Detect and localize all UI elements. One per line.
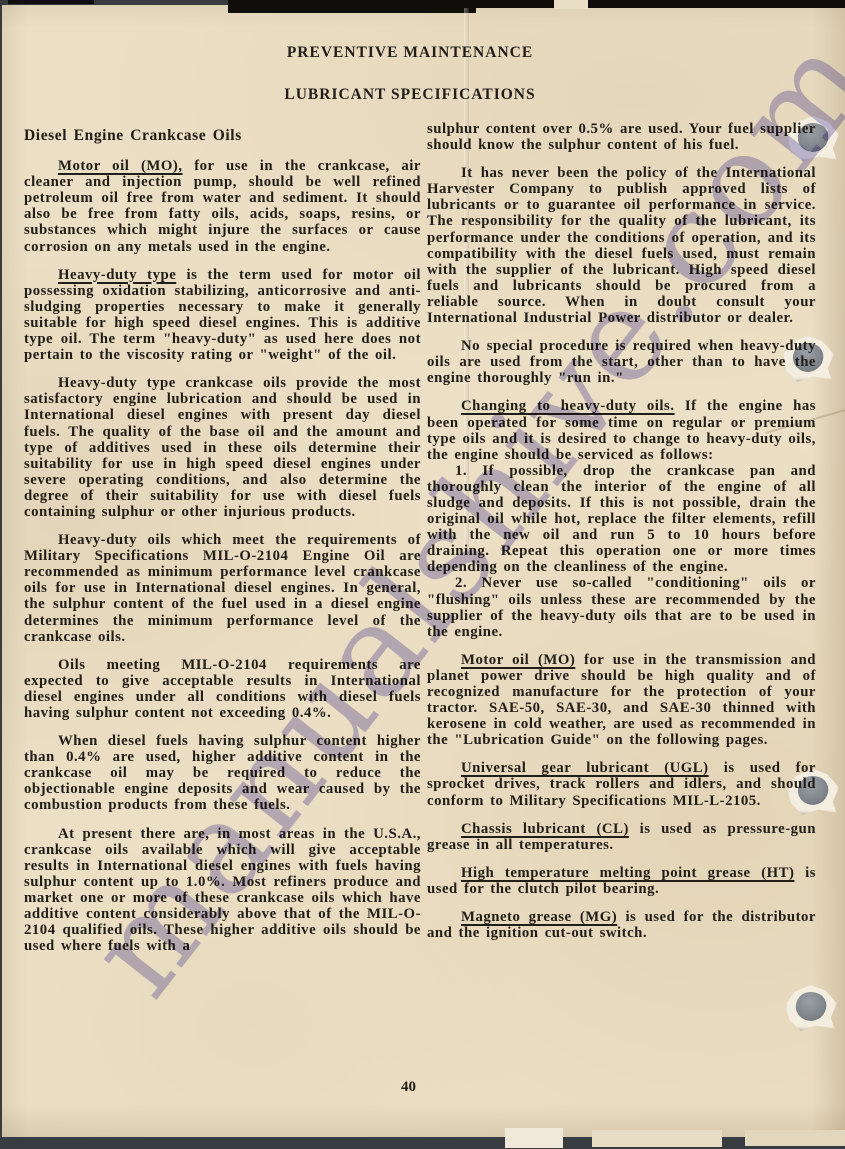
paragraph-text: 2. Never use so-called "conditioning" oi… [427,575,816,639]
section-heading-diesel-engine-crankcase-oils: Diesel Engine Crankcase Oils [24,128,421,144]
right-paragraph-policy: It has never been the policy of the Inte… [427,165,816,326]
punch-hole [785,985,837,1031]
left-paragraph-motor-oil: Motor oil (MO), for use in the crankcase… [24,158,421,255]
paragraph-text: 1. If possible, drop the crankcase pan a… [427,463,816,576]
right-paragraph-magneto-grease: Magneto grease (MG) is used for the dist… [427,909,816,941]
paragraph-text: At present there are, in most areas in t… [24,826,421,955]
underlined-term: Motor oil (MO) [461,652,575,668]
left-paragraph-crankcase-oils: Heavy-duty type crankcase oils provide t… [24,375,421,520]
paper-fragment [592,1130,722,1147]
paper-notch [554,0,588,9]
paper-fragment [505,1128,563,1148]
paragraph-text: Heavy-duty oils which meet the requireme… [24,532,421,645]
left-paragraph-when-diesel-fuels: When diesel fuels having sulphur content… [24,733,421,813]
scanned-manual-page: { "page": { "header": { "line1": "PREVEN… [0,0,845,1149]
paper-fragment [745,1130,845,1146]
scanner-edge-bar [8,0,94,4]
right-list-item-2: 2. Never use so-called "conditioning" oi… [427,575,816,639]
page-header: PREVENTIVE MAINTENANCE LUBRICANT SPECIFI… [0,44,820,128]
paragraph-text: It has never been the policy of the Inte… [427,165,816,326]
underlined-term: Motor oil (MO), [58,158,183,174]
underlined-term: Universal gear lubricant (UGL) [461,760,709,776]
paragraph-text: sulphur content over 0.5% are used. Your… [427,121,816,153]
underlined-term: High temperature melting point grease (H… [461,865,794,881]
page-number: 40 [401,1079,416,1096]
paragraph-text: Oils meeting MIL-O-2104 requirements are… [24,657,421,721]
left-paragraph-mil-o-2104: Heavy-duty oils which meet the requireme… [24,532,421,645]
right-paragraph-universal-gear-lubricant: Universal gear lubricant (UGL) is used f… [427,760,816,808]
right-paragraph-chassis-lubricant: Chassis lubricant (CL) is used as pressu… [427,821,816,853]
right-paragraph-no-special-procedure: No special procedure is required when he… [427,338,816,386]
lubricant-specifications-heading: LUBRICANT SPECIFICATIONS [0,86,820,104]
underlined-term: Magneto grease (MG) [461,909,617,925]
scanner-edge-bar [228,0,476,13]
left-paragraph-heavy-duty-type: Heavy-duty type is the term used for mot… [24,267,421,364]
right-paragraph-motor-oil-transmission: Motor oil (MO) for use in the transmissi… [427,652,816,749]
underlined-term: Changing to heavy-duty oils. [461,398,675,414]
paragraph-text: No special procedure is required when he… [427,338,816,386]
right-paragraph-high-temperature-grease: High temperature melting point grease (H… [427,865,816,897]
left-paragraph-at-present: At present there are, in most areas in t… [24,826,421,955]
right-column: sulphur content over 0.5% are used. Your… [427,121,816,941]
right-paragraph-sulphur-content: sulphur content over 0.5% are used. Your… [427,121,816,153]
right-list-item-1: 1. If possible, drop the crankcase pan a… [427,463,816,576]
left-paragraph-oils-meeting: Oils meeting MIL-O-2104 requirements are… [24,657,421,721]
underlined-term: Heavy-duty type [58,267,176,283]
right-paragraph-changing-to-heavy-duty: Changing to heavy-duty oils. If the engi… [427,398,816,462]
scanner-edge-bar [452,0,845,8]
left-column: Diesel Engine Crankcase Oils Motor oil (… [24,128,421,954]
underlined-term: Chassis lubricant (CL) [461,821,629,837]
preventive-maintenance-heading: PREVENTIVE MAINTENANCE [0,44,820,62]
paragraph-text: Heavy-duty type crankcase oils provide t… [24,375,421,520]
paragraph-text: When diesel fuels having sulphur content… [24,733,421,813]
